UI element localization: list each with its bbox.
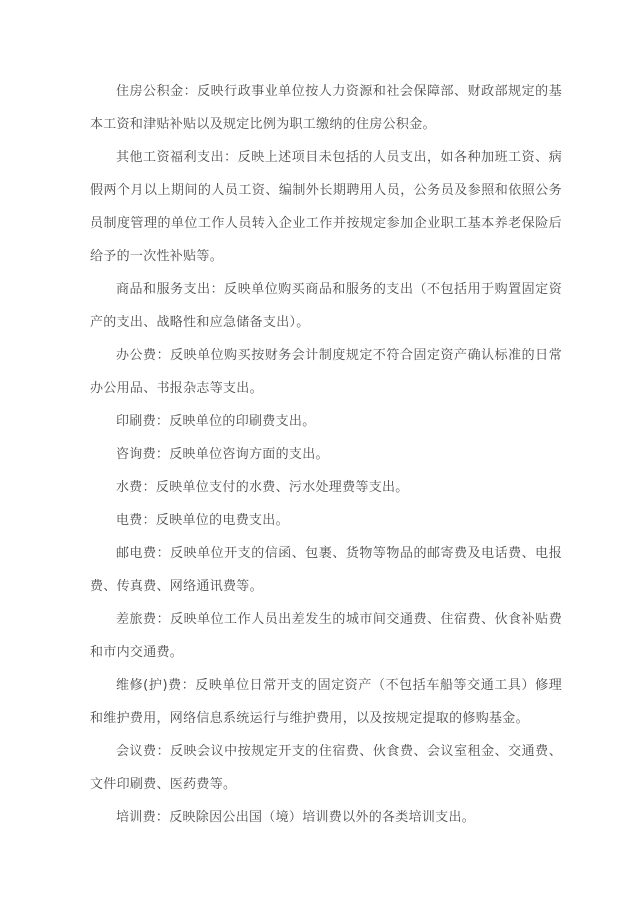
paragraph-water-expense: 水费：反映单位支付的水费、污水处理费等支出。 [90, 471, 562, 504]
document-page: 住房公积金：反映行政事业单位按人力资源和社会保障部、财政部规定的基本工资和津贴补… [0, 0, 634, 898]
paragraph-other-wage-welfare: 其他工资福利支出：反映上述项目未包括的人员支出，如各种加班工资、病假两个月以上期… [90, 141, 562, 273]
paragraph-consulting-expense: 咨询费：反映单位咨询方面的支出。 [90, 438, 562, 471]
paragraph-training-expense: 培训费：反映除因公出国（境）培训费以外的各类培训支出。 [90, 801, 562, 834]
paragraph-electricity-expense: 电费：反映单位的电费支出。 [90, 504, 562, 537]
paragraph-meeting-expense: 会议费：反映会议中按规定开支的住宿费、伙食费、会议室租金、交通费、文件印刷费、医… [90, 735, 562, 801]
paragraph-housing-fund: 住房公积金：反映行政事业单位按人力资源和社会保障部、财政部规定的基本工资和津贴补… [90, 75, 562, 141]
paragraph-maintenance-expense: 维修(护)费：反映单位日常开支的固定资产（不包括车船等交通工具）修理和维护费用，… [90, 669, 562, 735]
paragraph-travel-expense: 差旅费：反映单位工作人员出差发生的城市间交通费、住宿费、伙食补贴费和市内交通费。 [90, 603, 562, 669]
paragraph-office-expense: 办公费：反映单位购买按财务会计制度规定不符合固定资产确认标准的日常办公用品、书报… [90, 339, 562, 405]
paragraph-printing-expense: 印刷费：反映单位的印刷费支出。 [90, 405, 562, 438]
paragraph-postal-expense: 邮电费：反映单位开支的信函、包裹、货物等物品的邮寄费及电话费、电报费、传真费、网… [90, 537, 562, 603]
paragraph-goods-services: 商品和服务支出：反映单位购买商品和服务的支出（不包括用于购置固定资产的支出、战略… [90, 273, 562, 339]
